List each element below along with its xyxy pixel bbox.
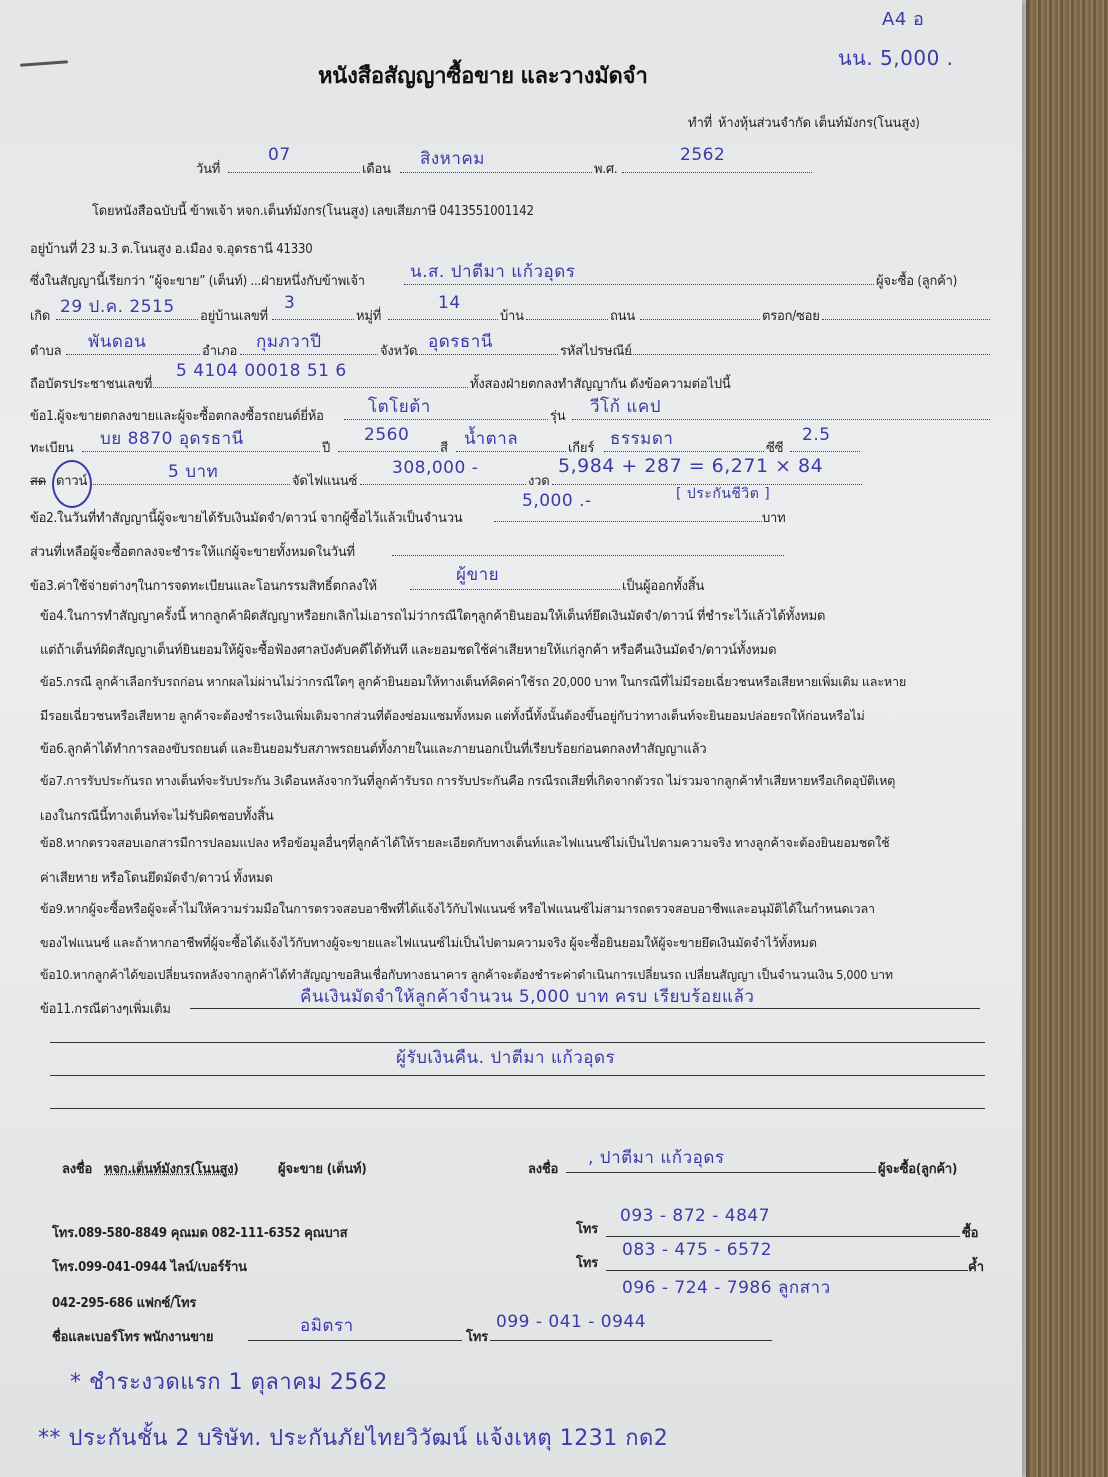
clause5-line2: มีรอยเฉี่ยวชนหรือเสียหาย ลูกค้าจะต้องชำร…: [40, 706, 865, 726]
guarantor-phone-value: 083 - 475 - 6572: [622, 1240, 772, 1260]
clause7-line1: ข้อ7.การรับประกันรถ ทางเต็นท์จะรับประกัน…: [40, 771, 895, 791]
clause3-suffix: เป็นผู้ออกทั้งสิ้น: [622, 575, 704, 596]
model-value: วีโก้ แคป: [590, 393, 661, 420]
clause11-line2: [50, 1042, 985, 1043]
clause1-label: ข้อ1.ผู้จะขายตกลงขายและผู้จะซื้อตกลงซื้อ…: [30, 405, 324, 426]
note-first-payment: * ชำระงวดแรก 1 ตุลาคม 2562: [70, 1364, 388, 1399]
seller-role: ผู้จะขาย (เต็นท์): [278, 1158, 367, 1179]
born-value: 29 ป.ค. 2515: [60, 293, 175, 320]
sales-phone-label: โทร: [466, 1326, 488, 1347]
postcode-label: รหัสไปรษณีย์: [560, 340, 632, 361]
district-value: กุมภวาปี: [256, 328, 322, 355]
id-suffix: ทั้งสองฝ่ายตกลงทำสัญญากัน ดังข้อความต่อไ…: [470, 373, 731, 394]
buyer-signature: , ปาตีมา แก้วอุดร: [588, 1144, 725, 1171]
vehicle-year-value: 2560: [364, 425, 409, 445]
contract-paper: A4 อ นน. 5,000 . หนังสือสัญญาซื้อขาย และ…: [0, 0, 1022, 1477]
moo-line: [388, 319, 498, 320]
gear-value: ธรรมดา: [610, 425, 673, 452]
id-label: ถือบัตรประชาชนเลขที่: [30, 373, 152, 394]
clause9-line2: ของไฟแนนซ์ และถ้าหากอาชีพที่ผู้จะซื้อได้…: [40, 933, 817, 953]
extra-phone: 096 - 724 - 7986 ลูกสาว: [622, 1274, 831, 1301]
intro-line: โดยหนังสือฉบับนี้ ข้าพเจ้า หจก.เต็นท์มัง…: [92, 200, 534, 221]
village-line: [526, 319, 608, 320]
buyer-sign-label: ลงชื่อ: [528, 1158, 558, 1179]
cash-label-struck: สด: [30, 470, 46, 491]
clause7-line2: เองในกรณีนี้ทางเต็นท์จะไม่รับผิดชอบทั้งส…: [40, 805, 274, 826]
party-line-prefix: ซึ่งในสัญญานี้เรียกว่า “ผู้จะขาย” (เต็นท…: [30, 270, 365, 291]
district-label: อำเภอ: [202, 340, 237, 361]
seller-phone-3: 042-295-686 แฟกซ์/โทร: [52, 1292, 196, 1313]
province-label: จังหวัด: [380, 340, 417, 361]
clause3-line: [410, 589, 620, 590]
clause2-amount: 5,000 .-: [522, 491, 592, 511]
month-value: สิงหาคม: [420, 145, 485, 172]
clause6: ข้อ6.ลูกค้าได้ทำการลองขับรถยนต์ และยินยอ…: [40, 738, 706, 759]
moo-label: หมู่ที่: [356, 305, 381, 326]
cc-line: [790, 451, 860, 452]
guarantor-phone-suffix: ค้ำ: [968, 1256, 984, 1277]
soi-label: ตรอก/ซอย: [762, 305, 820, 326]
house-no-label: อยู่บ้านเลขที่: [200, 305, 268, 326]
model-label: รุ่น: [550, 405, 565, 426]
buyer-phone-value: 093 - 872 - 4847: [620, 1206, 770, 1226]
clause3-value: ผู้ขาย: [456, 561, 499, 588]
buyer-phone-line: [606, 1236, 960, 1237]
day-line: [228, 172, 360, 173]
sales-name: อมิตรา: [300, 1312, 354, 1339]
house-no-value: 3: [284, 293, 295, 313]
finance-value: 308,000 -: [392, 458, 478, 478]
seller-phone-2: โทร.099-041-0944 ไลน์/เบอร์ร้าน: [52, 1256, 247, 1277]
sales-phone-line: [490, 1340, 772, 1341]
clause2-amount-line: [494, 521, 762, 522]
clause4-line1: ข้อ4.ในการทำสัญญาครั้งนี้ หากลูกค้าผิดสั…: [40, 605, 825, 626]
party-line-suffix: ผู้จะซื้อ (ลูกค้า): [876, 270, 957, 291]
corner-note-amount: นน. 5,000 .: [838, 42, 954, 74]
postcode-line: [630, 354, 990, 355]
clause11-line4: [50, 1108, 985, 1109]
road-line: [640, 319, 760, 320]
year-line: [622, 172, 812, 173]
house-no-line: [272, 319, 354, 320]
soi-line: [822, 319, 990, 320]
day-value: 07: [268, 145, 291, 165]
month-label: เดือน: [362, 158, 391, 179]
year-value: 2562: [680, 145, 725, 165]
clause11-handwritten-1: คืนเงินมัดจำให้ลูกค้าจำนวน 5,000 บาท ครบ…: [300, 983, 754, 1010]
installment-value: 5,984 + 287 = 6,271 × 84: [558, 455, 823, 477]
finance-line: [360, 484, 526, 485]
made-at-value: ห้างหุ้นส่วนจำกัด เต็นท์มังกร(โนนสูง): [718, 112, 920, 133]
year-label-vehicle: ปี: [322, 437, 330, 458]
clause2-remaining-label: ส่วนที่เหลือผู้จะซื้อตกลงจะชำระให้แก่ผู้…: [30, 541, 355, 562]
cc-value: 2.5: [802, 425, 831, 445]
document-title: หนังสือสัญญาซื้อขาย และวางมัดจำ: [318, 58, 648, 93]
clause2-remaining-line: [392, 555, 784, 556]
clause5-line1: ข้อ5.กรณี ลูกค้าเลือกรับรถก่อน หากผลไม่ผ…: [40, 672, 906, 692]
clause2-unit: บาท: [762, 507, 786, 528]
born-label: เกิด: [30, 305, 50, 326]
sales-phone: 099 - 041 - 0944: [496, 1312, 646, 1332]
clause9-line1: ข้อ9.หากผู้จะซื้อหรือผู้จะค้ำไม่ให้ความร…: [40, 899, 875, 919]
sales-label: ชื่อและเบอร์โทร พนักงานขาย: [52, 1326, 213, 1347]
sales-name-line: [248, 1340, 462, 1341]
clause4-line2: แต่ถ้าเต็นท์ผิดสัญญาเต็นท์ยินยอมให้ผู้จะ…: [40, 639, 776, 660]
clause3-label: ข้อ3.ค่าใช้จ่ายต่างๆในการจดทะเบียนและโอน…: [30, 575, 377, 596]
buyer-role: ผู้จะซื้อ(ลูกค้า): [878, 1158, 957, 1179]
corner-note-paper-size: A4 อ: [882, 4, 924, 33]
installment-label: งวด: [528, 470, 550, 491]
installment-note: [ ประกันชีวิต ]: [676, 483, 770, 505]
guarantor-phone-line: [606, 1270, 968, 1271]
buyer-phone-suffix: ซื้อ: [962, 1222, 978, 1243]
clause8-line1: ข้อ8.หากตรวจสอบเอกสารมีการปลอมแปลง หรือข…: [40, 833, 889, 853]
note-insurance: ** ประกันชั้น 2 บริษัท. ประกันภัยไทยวิวั…: [38, 1420, 668, 1455]
seller-phone-1: โทร.089-580-8849 คุณมด 082-111-6352 คุณบ…: [52, 1222, 347, 1243]
seller-sign-value: หจก.เต็นท์มังกร(โนนสูง): [104, 1158, 239, 1179]
day-label: วันที่: [196, 158, 220, 179]
id-value: 5 4104 00018 51 6: [176, 361, 347, 381]
reg-label: ทะเบียน: [30, 437, 74, 458]
clause11-line3: [50, 1075, 985, 1076]
seller-address: อยู่บ้านที่ 23 ม.3 ต.โนนสูง อ.เมือง จ.อุ…: [30, 238, 312, 259]
reg-value: บย 8870 อุดรธานี: [100, 425, 244, 452]
finance-label: จัดไฟแนนซ์: [292, 470, 357, 491]
buyer-name: น.ส. ปาตีมา แก้วอุดร: [410, 258, 575, 285]
circle-mark: [52, 460, 92, 508]
province-value: อุดรธานี: [428, 328, 493, 355]
clause8-line2: ค่าเสียหาย หรือโดนยึดมัดจำ/ดาวน์ ทั้งหมด: [40, 867, 273, 888]
month-line: [400, 172, 592, 173]
clause2-label: ข้อ2.ในวันที่ทำสัญญานี้ผู้จะขายได้รับเงิ…: [30, 507, 463, 528]
buyer-phone-label: โทร: [576, 1218, 598, 1239]
pen-mark: [20, 60, 68, 66]
year-label: พ.ศ.: [594, 158, 617, 179]
down-value: 5 บาท: [168, 458, 218, 485]
made-at-label: ทำที่: [688, 112, 712, 133]
seller-sign-label: ลงชื่อ: [62, 1158, 92, 1179]
road-label: ถนน: [610, 305, 635, 326]
village-label: บ้าน: [500, 305, 524, 326]
clause11-label: ข้อ11.กรณีต่างๆเพิ่มเติม: [40, 998, 171, 1019]
color-label: สี: [440, 437, 448, 458]
guarantor-phone-label: โทร: [576, 1252, 598, 1273]
wooden-table-background: [1030, 0, 1108, 1477]
vehicle-year-line: [338, 451, 438, 452]
clause11-handwritten-2: ผู้รับเงินคืน. ปาตีมา แก้วอุดร: [396, 1044, 615, 1071]
brand-value: โตโยต้า: [368, 393, 431, 420]
id-line: [146, 387, 468, 388]
buyer-sign-line: [566, 1172, 876, 1173]
moo-value: 14: [438, 293, 461, 313]
subdistrict-label: ตำบล: [30, 340, 61, 361]
color-value: น้ำตาล: [464, 425, 518, 452]
subdistrict-value: พันดอน: [88, 328, 146, 355]
